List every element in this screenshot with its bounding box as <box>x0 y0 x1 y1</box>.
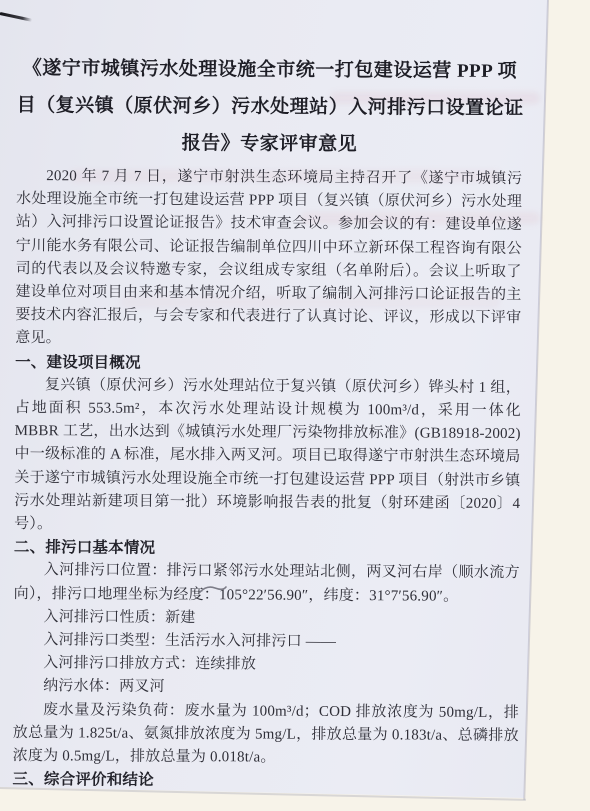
wastewater-load-paragraph: 废水量及污染负荷：废水量为 100m³/d；COD 排放浓度为 50mg/L，排… <box>13 699 519 772</box>
document-title-line: 目（复兴镇（原伏河乡）污水处理站）入河排污口设置论证 <box>17 87 523 127</box>
receiving-water-line: 纳污水体：两叉河 <box>13 675 519 701</box>
outlet-location-paragraph: 入河排污口位置：排污口紧邻污水处理站北侧，两叉河右岸（顺水流方向），排污口地理坐… <box>14 559 520 608</box>
section-2-heading: 二、排污口基本情况 <box>14 536 520 562</box>
section-1-heading: 一、建设项目概况 <box>15 351 521 377</box>
document-title-line: 《遂宁市城镇污水处理设施全市统一打包建设运营 PPP 项 <box>17 50 523 90</box>
document-title-line: 报告》专家评审意见 <box>16 124 522 164</box>
document-content: 《遂宁市城镇污水处理设施全市统一打包建设运营 PPP 项 目（复兴镇（原伏河乡）… <box>12 50 523 795</box>
section-1-paragraph: 复兴镇（原伏河乡）污水处理站位于复兴镇（原伏河乡）铧头村 1 组，占地面积 55… <box>14 374 521 540</box>
outlet-nature-line: 入河排污口性质：新建 <box>13 606 519 632</box>
section-3-heading: 三、综合评价和结论 <box>12 768 518 794</box>
intro-paragraph: 2020 年 7 月 7 日，遂宁市射洪生态环境局主持召开了《遂宁市城镇污水处理… <box>15 165 522 354</box>
scan-background: 《遂宁市城镇污水处理设施全市统一打包建设运营 PPP 项 目（复兴镇（原伏河乡）… <box>0 0 590 811</box>
document-title: 《遂宁市城镇污水处理设施全市统一打包建设运营 PPP 项 目（复兴镇（原伏河乡）… <box>16 50 523 164</box>
handwritten-pencil-mark <box>198 581 228 599</box>
outlet-discharge-mode-line: 入河排污口排放方式：连续排放 <box>13 652 519 678</box>
outlet-type-line: 入河排污口类型：生活污水入河排污口 —— <box>13 629 519 655</box>
